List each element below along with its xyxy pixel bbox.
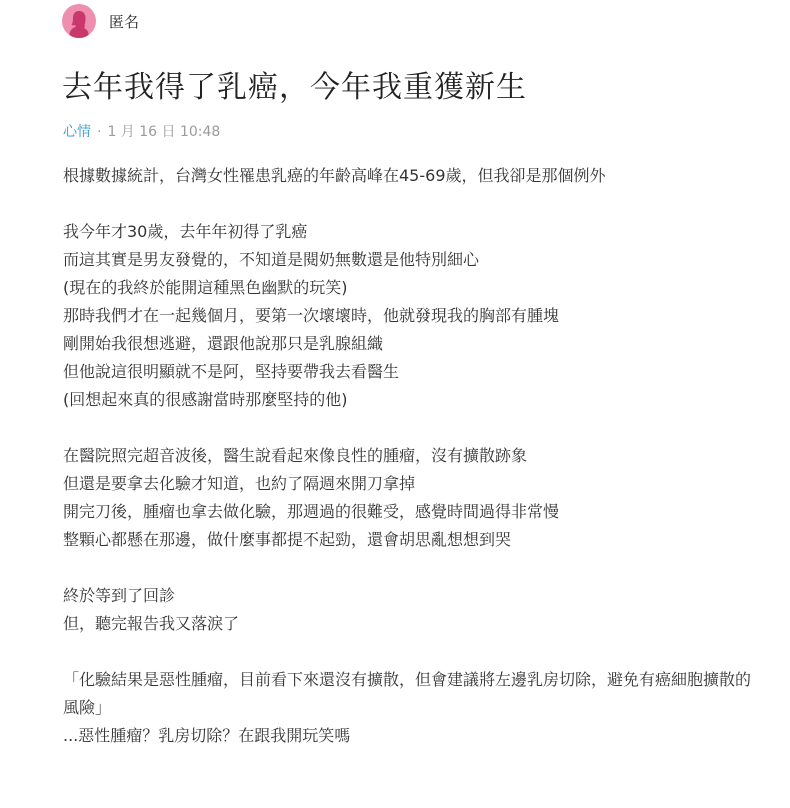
content-line: 根據數據統計，台灣女性罹患乳癌的年齡高峰在45-69歲，但我卻是那個例外	[63, 162, 753, 190]
content-line: (現在的我終於能開這種黑色幽默的玩笑)	[63, 274, 753, 302]
content-line: ...惡性腫瘤？乳房切除？在跟我開玩笑嗎	[63, 722, 753, 750]
post-content: 根據數據統計，台灣女性罹患乳癌的年齡高峰在45-69歲，但我卻是那個例外 我今年…	[63, 162, 753, 778]
content-line: 在醫院照完超音波後，醫生說看起來像良性的腫瘤，沒有擴散跡象	[63, 442, 753, 470]
paragraph: 「化驗結果是惡性腫瘤，目前看下來還沒有擴散，但會建議將左邊乳房切除，避免有癌細胞…	[63, 666, 753, 750]
paragraph: 根據數據統計，台灣女性罹患乳癌的年齡高峰在45-69歲，但我卻是那個例外	[63, 162, 753, 190]
content-line: 剛開始我很想逃避，還跟他說那只是乳腺組織	[63, 330, 753, 358]
content-line: 終於等到了回診	[63, 582, 753, 610]
post-meta: 心情·1 月 16 日 10:48	[63, 121, 220, 141]
meta-separator: ·	[97, 124, 101, 140]
content-line: 我今年才30歲，去年年初得了乳癌	[63, 218, 753, 246]
forum-link[interactable]: 心情	[63, 124, 91, 140]
post-title: 去年我得了乳癌，今年我重獲新生	[62, 62, 527, 106]
paragraph: 終於等到了回診 但，聽完報告我又落淚了	[63, 582, 753, 638]
content-line: 「化驗結果是惡性腫瘤，目前看下來還沒有擴散，但會建議將左邊乳房切除，避免有癌細胞…	[63, 666, 753, 722]
content-line: 但他說這很明顯就不是阿，堅持要帶我去看醫生	[63, 358, 753, 386]
paragraph: 我今年才30歲，去年年初得了乳癌 而這其實是男友發覺的，不知道是閱奶無數還是他特…	[63, 218, 753, 414]
content-line: 整顆心都懸在那邊，做什麼事都提不起勁，還會胡思亂想想到哭	[63, 526, 753, 554]
content-line: 而這其實是男友發覺的，不知道是閱奶無數還是他特別細心	[63, 246, 753, 274]
content-line: 那時我們才在一起幾個月，要第一次壞壞時，他就發現我的胸部有腫塊	[63, 302, 753, 330]
content-line: 但還是要拿去化驗才知道，也約了隔週來開刀拿掉	[63, 470, 753, 498]
post-date: 1 月 16 日 10:48	[107, 124, 220, 140]
female-silhouette-avatar-icon[interactable]	[62, 4, 96, 38]
content-line: (回想起來真的很感謝當時那麼堅持的他)	[63, 386, 753, 414]
author-name[interactable]: 匿名	[109, 11, 139, 32]
paragraph: 在醫院照完超音波後，醫生說看起來像良性的腫瘤，沒有擴散跡象 但還是要拿去化驗才知…	[63, 442, 753, 554]
author-row: 匿名	[62, 3, 139, 39]
content-line: 開完刀後，腫瘤也拿去做化驗，那週過的很難受，感覺時間過得非常慢	[63, 498, 753, 526]
content-line: 但，聽完報告我又落淚了	[63, 610, 753, 638]
